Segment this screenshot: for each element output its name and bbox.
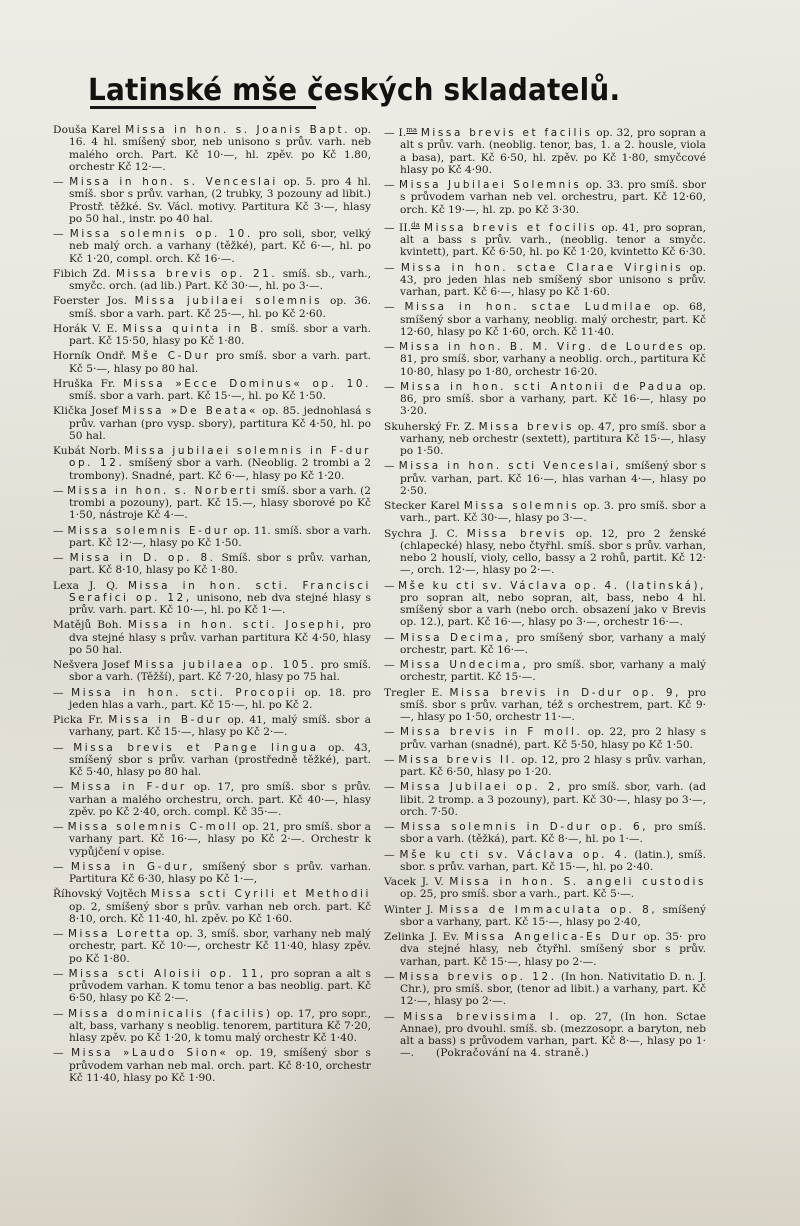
catalog-entry: — Missa in hon. scti Venceslai, smíšený …	[384, 460, 706, 497]
entry-author: —	[53, 968, 64, 980]
entry-work-title: Missa in hon. B. M. Virg. de Lourdes	[399, 341, 685, 353]
entry-work-title: Missa solemnis op. 10.	[70, 228, 253, 240]
catalog-entry: — Missa Undecima, pro smíš. sbor, varhan…	[384, 659, 706, 684]
catalog-entry: — Missa in hon. scti. Procopii op. 18. p…	[53, 687, 371, 712]
entry-work-title: Mše C-Dur	[131, 350, 210, 362]
entry-work-title: Missa »Ecce Dominus« op. 10.	[123, 378, 371, 390]
entry-author: —	[384, 726, 395, 738]
entry-work-title: Missa in hon. scti. Josephi,	[128, 619, 347, 631]
catalog-entry: Horák V. E. Missa quinta in B. smíš. sbo…	[53, 323, 371, 348]
page-title: Latinské mše českých skladatelů.	[88, 73, 646, 108]
entry-author: —	[53, 821, 64, 833]
catalog-entry: — Missa Decima, pro smíšený sbor, varhan…	[384, 632, 706, 657]
entry-author: Skuherský Fr. Z.	[384, 421, 475, 433]
entry-work-title: Missa in B-dur	[108, 714, 222, 726]
catalog-entry: Foerster Jos. Missa jubilaei solemnis op…	[53, 295, 371, 320]
catalog-entry: — Missa in hon. s. Norberti smíš. sbor a…	[53, 485, 371, 522]
entry-author: —	[384, 632, 395, 644]
entry-work-title: Missa jubilaea op. 105.	[134, 659, 316, 671]
entry-ordinal: da	[411, 221, 420, 229]
entry-author: Říhovský Vojtěch	[53, 888, 147, 900]
catalog-entry: — II.da Missa brevis et focilis op. 41, …	[384, 219, 706, 259]
entry-work-title: Missa brevis in D-dur op. 9,	[450, 687, 682, 699]
entry-work-title: Missa Angelica-Es Dur	[464, 931, 638, 943]
entry-author: Horák V. E.	[53, 323, 118, 335]
entry-work-title: Missa brevissima I.	[403, 1011, 561, 1023]
catalog-entry: — Missa »Laudo Sion« op. 19, smíšený sbo…	[53, 1047, 371, 1084]
entry-author: Zelinka J. Ev.	[384, 931, 459, 943]
entry-work-title: Missa in hon. scti. Procopii	[71, 687, 297, 699]
entry-work-title: Missa brevis et focilis	[424, 222, 597, 234]
entry-author: Matějů Boh.	[53, 619, 122, 631]
entry-author: —	[53, 687, 64, 699]
catalog-entry: — Missa brevis op. 12. (In hon. Nativita…	[384, 971, 706, 1008]
entry-author: — I.	[384, 127, 406, 139]
entry-author: —	[384, 301, 395, 313]
catalog-entry: — Missa in hon. scti Antonii de Padua op…	[384, 381, 706, 418]
catalog-entry: Lexa J. Q. Missa in hon. scti. Francisci…	[53, 580, 371, 617]
catalog-entry: — Missa in G-dur, smíšený sbor s prův. v…	[53, 861, 371, 886]
entry-author: —	[384, 1011, 395, 1023]
catalog-entry: — Mše ku cti sv. Václava op. 4. (latinsk…	[384, 580, 706, 629]
left-column: Douša Karel Missa in hon. s. Joanis Bapt…	[53, 124, 371, 1087]
entry-work-title: Mše ku cti sv. Václava op. 4. (latinská)…	[398, 580, 706, 592]
entry-author: —	[53, 176, 64, 188]
entry-work-title: Missa brevis	[467, 528, 567, 540]
entry-author: —	[53, 525, 64, 537]
entry-author: —	[384, 381, 395, 393]
catalog-entry: Douša Karel Missa in hon. s. Joanis Bapt…	[53, 124, 371, 173]
entry-work-title: Missa brevis et facilis	[421, 127, 593, 139]
entry-author: Hruška Fr.	[53, 378, 116, 390]
catalog-entry: — Missa Loretta op. 3, smíš. sbor, varha…	[53, 928, 371, 965]
catalog-entry: — Missa dominicalis (facilis) op. 17, pr…	[53, 1008, 371, 1045]
entry-author: —	[384, 341, 395, 353]
entry-author: —	[53, 928, 64, 940]
entry-work-title: Missa Loretta	[68, 928, 172, 940]
entry-work-title: Missa solemnis C-moll	[68, 821, 239, 833]
entry-work-title: Missa in G-dur,	[71, 861, 195, 873]
entry-work-title: Missa »De Beata«	[122, 405, 258, 417]
entry-work-title: Missa Undecima,	[400, 659, 529, 671]
entry-author: Vacek J. V.	[384, 876, 444, 888]
entry-work-title: Missa in hon. s. Venceslai	[69, 176, 278, 188]
entry-author: —	[53, 742, 64, 754]
entry-work-title: Missa brevis in F moll.	[400, 726, 582, 738]
entry-author: Stecker Karel	[384, 500, 460, 512]
catalog-entry: — Missa in D. op. 8. Smíš. sbor s prův. …	[53, 552, 371, 577]
right-column: — I.ma Missa brevis et facilis op. 32, p…	[384, 124, 706, 1063]
entry-work-title: Missa in hon. s. Joanis Bapt.	[125, 124, 350, 136]
catalog-entry: Sychra J. C. Missa brevis op. 12, pro 2 …	[384, 528, 706, 577]
entry-work-title: Missa »Laudo Sion«	[71, 1047, 228, 1059]
catalog-entry: — Missa brevis in F moll. op. 22, pro 2 …	[384, 726, 706, 751]
entry-author: Winter J.	[384, 904, 434, 916]
catalog-entry: — I.ma Missa brevis et facilis op. 32, p…	[384, 124, 706, 176]
entry-author: —	[53, 228, 64, 240]
catalog-entry: Vacek J. V. Missa in hon. S. angeli cust…	[384, 876, 706, 901]
catalog-entry: — Missa brevis II. op. 12, pro 2 hlasy s…	[384, 754, 706, 779]
entry-author: Fibich Zd.	[53, 268, 111, 280]
entry-author: Klička Josef	[53, 405, 118, 417]
catalog-entry: Picka Fr. Missa in B-dur op. 41, malý sm…	[53, 714, 371, 739]
catalog-entry: Skuherský Fr. Z. Missa brevis op. 47, pr…	[384, 421, 706, 458]
entry-work-title: Missa in hon. scti Venceslai,	[399, 460, 622, 472]
entry-work-title: Missa Jubilaei Solemnis	[399, 179, 581, 191]
catalog-entry: Kubát Norb. Missa jubilaei solemnis in F…	[53, 445, 371, 482]
entry-details: smíš. sbor a varh. part. Kč 15·—, hl. po…	[69, 390, 326, 402]
catalog-entry: Zelinka J. Ev. Missa Angelica-Es Dur op.…	[384, 931, 706, 968]
entry-author: —	[53, 1008, 64, 1020]
entry-work-title: Missa quinta in B.	[123, 323, 266, 335]
catalog-entry: Nešvera Josef Missa jubilaea op. 105. pr…	[53, 659, 371, 684]
entry-author: —	[384, 971, 395, 983]
entry-work-title: Missa brevis et Pange lingua	[73, 742, 318, 754]
entry-work-title: Missa in F-dur	[71, 781, 187, 793]
entry-work-title: Missa brevis	[479, 421, 574, 433]
catalog-entry: — Missa scti Aloisii op. 11, pro sopran …	[53, 968, 371, 1005]
entry-work-title: Missa brevis II.	[398, 754, 517, 766]
entry-ordinal: ma	[406, 126, 417, 134]
catalog-entry: Stecker Karel Missa solemnis op. 3. pro …	[384, 500, 706, 525]
entry-work-title: Missa solemnis E-dur	[67, 525, 229, 537]
entry-author: —	[384, 262, 395, 274]
entry-author: —	[53, 552, 64, 564]
entry-details: op. 25, pro smíš. sbor a varh., part. Kč…	[400, 888, 634, 900]
entry-author: —	[53, 485, 64, 497]
entry-author: —	[384, 460, 395, 472]
entry-work-title: Missa in hon. S. angeli custodis	[449, 876, 706, 888]
catalog-entry: — Missa brevissima I. op. 27, (In hon. S…	[384, 1011, 706, 1060]
catalog-entry: Hruška Fr. Missa »Ecce Dominus« op. 10. …	[53, 378, 371, 403]
entry-author: Picka Fr.	[53, 714, 103, 726]
entry-author: —	[384, 580, 395, 592]
catalog-entry: Horník Ondř. Mše C-Dur pro smíš. sbor a …	[53, 350, 371, 375]
catalog-entry: — Missa solemnis C-moll op. 21, pro smíš…	[53, 821, 371, 858]
catalog-entry: Klička Josef Missa »De Beata« op. 85. je…	[53, 405, 371, 442]
catalog-entry: — Missa solemnis E-dur op. 11. smíš. sbo…	[53, 525, 371, 550]
entry-work-title: Missa scti Cyrili et Methodii	[151, 888, 371, 900]
entry-author: —	[384, 849, 395, 861]
entry-work-title: Missa solemnis in D-dur op. 6,	[401, 821, 648, 833]
catalog-entry: — Missa Jubilaei Solemnis op. 33. pro sm…	[384, 179, 706, 216]
catalog-entry: Matějů Boh. Missa in hon. scti. Josephi,…	[53, 619, 371, 656]
catalog-entry: — Missa in hon. s. Venceslai op. 5. pro …	[53, 176, 371, 225]
catalog-entry: Tregler E. Missa brevis in D-dur op. 9, …	[384, 687, 706, 724]
entry-author: Tregler E.	[384, 687, 443, 699]
entry-work-title: Missa Decima,	[400, 632, 511, 644]
entry-work-title: Missa in hon. sctae Ludmilae	[405, 301, 654, 313]
catalog-entry: — Missa in hon. B. M. Virg. de Lourdes o…	[384, 341, 706, 378]
catalog-entry: Fibich Zd. Missa brevis op. 21. smíš. sb…	[53, 268, 371, 293]
catalog-entry: — Missa in hon. sctae Ludmilae op. 68, s…	[384, 301, 706, 338]
entry-work-title: Missa solemnis	[464, 500, 579, 512]
entry-author: Foerster Jos.	[53, 295, 127, 307]
entry-details: op. 2, smíšený sbor s prův. varhan neb o…	[69, 901, 371, 925]
entry-author: —	[53, 1047, 64, 1059]
entry-work-title: Missa in hon. s. Norberti	[67, 485, 258, 497]
entry-author: Horník Ondř.	[53, 350, 126, 362]
entry-work-title: Missa scti Aloisii op. 11,	[69, 968, 266, 980]
entry-author: Douša Karel	[53, 124, 121, 136]
entry-details: pro sopran alt, nebo sopran, alt, bass, …	[400, 592, 706, 629]
entry-work-title: Missa in hon. scti Antonii de Padua	[400, 381, 684, 393]
entry-author: —	[53, 861, 64, 873]
entry-author: — II.	[384, 222, 411, 234]
entry-author: —	[384, 781, 395, 793]
entry-author: —	[384, 821, 395, 833]
continuation-note: (Pokračování na 4. straně.)	[414, 1047, 589, 1059]
catalog-entry: — Missa in hon. sctae Clarae Virginis op…	[384, 262, 706, 299]
entry-work-title: Missa de Immaculata op. 8,	[439, 904, 657, 916]
catalog-entry: — Missa brevis et Pange lingua op. 43, s…	[53, 742, 371, 779]
catalog-entry: — Missa Jubilaei op. 2, pro smíš. sbor, …	[384, 781, 706, 818]
entry-work-title: Missa dominicalis (facilis)	[68, 1008, 273, 1020]
entry-author: —	[384, 659, 395, 671]
entry-author: —	[384, 179, 395, 191]
catalog-entry: — Missa solemnis in D-dur op. 6, pro smí…	[384, 821, 706, 846]
entry-work-title: Missa brevis op. 12.	[399, 971, 557, 983]
entry-author: Nešvera Josef	[53, 659, 130, 671]
entry-author: Kubát Norb.	[53, 445, 120, 457]
entry-work-title: Mše ku cti sv. Václava op. 4.	[400, 849, 630, 861]
entry-work-title: Missa Jubilaei op. 2,	[400, 781, 563, 793]
title-underline	[90, 106, 316, 109]
catalog-entry: Winter J. Missa de Immaculata op. 8, smí…	[384, 904, 706, 929]
entry-author: —	[53, 781, 64, 793]
entry-author: Lexa J. Q.	[53, 580, 118, 592]
entry-work-title: Missa brevis op. 21.	[116, 268, 277, 280]
entry-work-title: Missa jubilaei solemnis	[135, 295, 323, 307]
entry-work-title: Missa in D. op. 8.	[70, 552, 216, 564]
catalog-entry: — Mše ku cti sv. Václava op. 4. (latin.)…	[384, 849, 706, 874]
catalog-entry: — Missa in F-dur op. 17, pro smíš. sbor …	[53, 781, 371, 818]
entry-author: —	[384, 754, 395, 766]
entry-author: Sychra J. C.	[384, 528, 458, 540]
entry-work-title: Missa in hon. sctae Clarae Virginis	[401, 262, 683, 274]
catalog-entry: Říhovský Vojtěch Missa scti Cyrili et Me…	[53, 888, 371, 925]
catalog-entry: — Missa solemnis op. 10. pro soli, sbor,…	[53, 228, 371, 265]
